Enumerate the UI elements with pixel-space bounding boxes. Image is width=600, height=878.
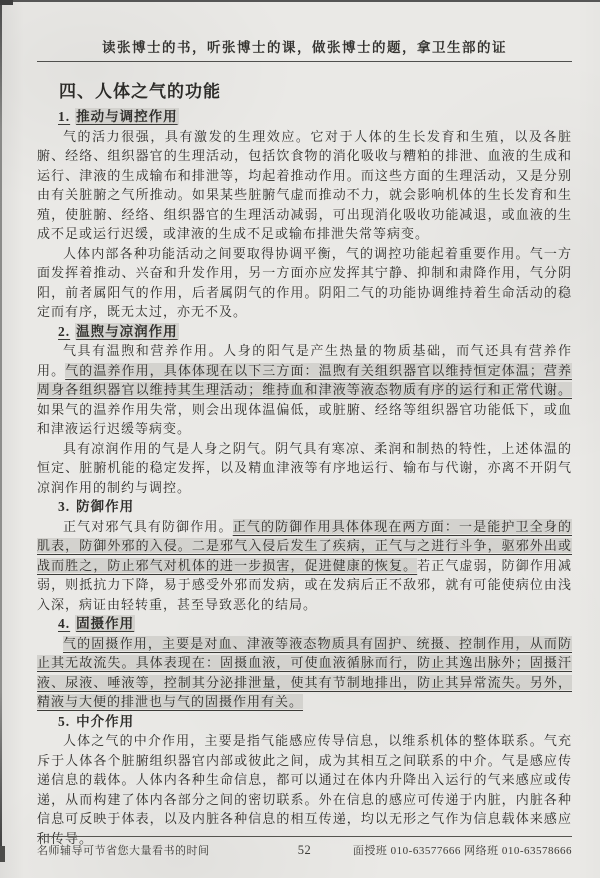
body-text: 人体内部各种功能活动之间要取得协调平衡，气的调控功能起着重要作用。气一方面发挥着…: [37, 246, 572, 320]
highlighted-text: 气的固摄作用，主要是对血、津液等液态物质具有固护、统摄、控制作用，从而防止其无故…: [37, 636, 572, 710]
page-body: 读张博士的书，听张博士的课，做张博士的题，拿卫生部的证 四、人体之气的功能 1.…: [0, 0, 600, 878]
section-heading-2: 2.温煦与凉润作用: [58, 322, 572, 342]
paragraph: 气的活力很强，具有激发的生理效应。它对于人体的生长发育和生殖，以及各脏腑、经络、…: [37, 127, 572, 244]
header-slogan: 读张博士的书，听张博士的课，做张博士的题，拿卫生部的证: [37, 36, 572, 56]
section-number: 1.: [58, 109, 70, 124]
page-number: 52: [275, 843, 335, 858]
section-number: 3.: [58, 499, 70, 514]
highlighted-text: 气的温养作用，具体体现在以下三方面：温煦有关组织器官以维持恒定体温；营养周身各组…: [37, 363, 572, 398]
section-title: 防御作用: [76, 499, 134, 514]
body-text: 具有凉润作用的气是人身之阴气。阴气具有寒凉、柔润和制热的特性，上述体温的恒定、脏…: [37, 441, 572, 495]
page-footer: 名师辅导可节省您大量看书的时间 52 面授班 010-63577666 网络班 …: [37, 836, 572, 858]
paragraph: 正气对邪气具有防御作用。正气的防御作用具体体现在两方面：一是能护卫全身的肌表，防…: [37, 517, 572, 615]
paragraph: 气的固摄作用，主要是对血、津液等液态物质具有固护、统摄、控制作用，从而防止其无故…: [37, 634, 572, 712]
section-title: 推动与调控作用: [76, 109, 178, 124]
section-heading-1: 1.推动与调控作用: [58, 107, 572, 127]
section-title: 温煦与凉润作用: [76, 324, 178, 339]
header-rule: [37, 61, 572, 62]
section-heading-3: 3.防御作用: [58, 497, 572, 517]
paragraph: 人体内部各种功能活动之间要取得协调平衡，气的调控功能起着重要作用。气一方面发挥着…: [37, 244, 572, 322]
paragraph: 具有凉润作用的气是人身之阴气。阴气具有寒凉、柔润和制热的特性，上述体温的恒定、脏…: [37, 439, 572, 498]
section-title: 中介作用: [76, 714, 134, 729]
body-text: 如果气的温养作用失常，则会出现体温偏低，或脏腑、经络等组织器官功能低下，或血和津…: [37, 402, 572, 437]
footer-row: 名师辅导可节省您大量看书的时间 52 面授班 010-63577666 网络班 …: [37, 842, 572, 858]
body-text: 人体之气的中介作用，主要是指气能感应传导信息，以维系机体的整体联系。气充斥于人体…: [37, 733, 572, 846]
paragraph: 人体之气的中介作用，主要是指气能感应传导信息，以维系机体的整体联系。气充斥于人体…: [37, 731, 572, 848]
paragraph: 气具有温煦和营养作用。人身的阳气是产生热量的物质基础，而气还具有营养作用。气的温…: [37, 341, 572, 439]
section-heading-4: 4.固摄作用: [58, 614, 572, 634]
section-number: 2.: [58, 324, 70, 339]
body-text: 气的活力很强，具有激发的生理效应。它对于人体的生长发育和生殖，以及各脏腑、经络、…: [37, 129, 572, 242]
sections-container: 1.推动与调控作用气的活力很强，具有激发的生理效应。它对于人体的生长发育和生殖，…: [37, 107, 572, 848]
scanned-document-page: { "colors": { "paper": "#eae9e6", "ink":…: [0, 0, 600, 878]
section-number: 5.: [58, 714, 70, 729]
body-text: 正气对邪气具有防御作用。: [63, 519, 233, 534]
footer-left-text: 名师辅导可节省您大量看书的时间: [37, 842, 275, 858]
page-title: 四、人体之气的功能: [59, 77, 572, 102]
footer-rule: [37, 836, 572, 837]
section-title: 固摄作用: [76, 616, 134, 631]
section-heading-5: 5.中介作用: [58, 712, 572, 732]
footer-right-text: 面授班 010-63577666 网络班 010-63578666: [335, 842, 573, 858]
section-number: 4.: [58, 616, 70, 631]
